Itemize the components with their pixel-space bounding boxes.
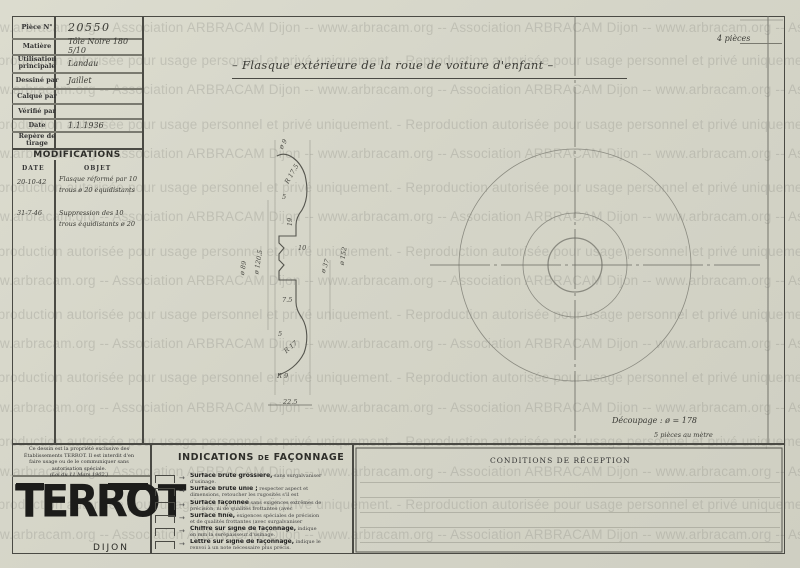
drawing-title: – Flasque extérieure de la roue de voitu… xyxy=(232,58,554,72)
quantity-note: 4 pièces xyxy=(717,34,750,43)
surface-symbol-icon xyxy=(155,475,175,483)
drawing-title-underline xyxy=(232,78,627,79)
arrow-icon: → xyxy=(179,501,185,509)
blanking-note: Découpage : ø = 178 xyxy=(612,416,697,425)
pieces-per-metre-note: 5 pièces au mètre xyxy=(654,431,713,439)
logo-city: DIJON xyxy=(15,543,147,553)
arrow-icon: → xyxy=(179,514,185,522)
surface-symbol-icon xyxy=(155,528,175,536)
logo-brand: TERROT xyxy=(15,477,147,527)
indications-title: INDICATIONS DE FAÇONNAGE xyxy=(178,452,344,463)
conditions-title: CONDITIONS DE RÉCEPTION xyxy=(490,456,631,465)
indication-item: → Surface brute unie ; respecter aspect … xyxy=(152,486,324,500)
arrow-icon: → xyxy=(179,487,185,495)
surface-symbol-icon xyxy=(155,502,175,510)
indication-item: → Lettre sur signe de façonnage, indique… xyxy=(152,539,324,553)
terrot-logo: TERROT DIJON xyxy=(15,478,147,538)
indication-item: → Surface finie, exigences spéciales de … xyxy=(152,513,324,527)
arrow-icon: → xyxy=(179,540,185,548)
surface-symbol-icon xyxy=(155,488,175,496)
indication-item: → Surface façonnée sans exigences extrêm… xyxy=(152,500,324,514)
arrow-icon: → xyxy=(179,527,185,535)
surface-symbol-icon xyxy=(155,541,175,549)
indication-item: → Chiffre sur signe de façonnage, indiqu… xyxy=(152,526,324,540)
surface-symbol-icon xyxy=(155,515,175,523)
indication-item: → Surface brute grossière, sans surgalva… xyxy=(152,473,324,487)
arrow-icon: → xyxy=(179,474,185,482)
ownership-notice: Ce dessin est la propriété exclusive des… xyxy=(18,446,140,479)
